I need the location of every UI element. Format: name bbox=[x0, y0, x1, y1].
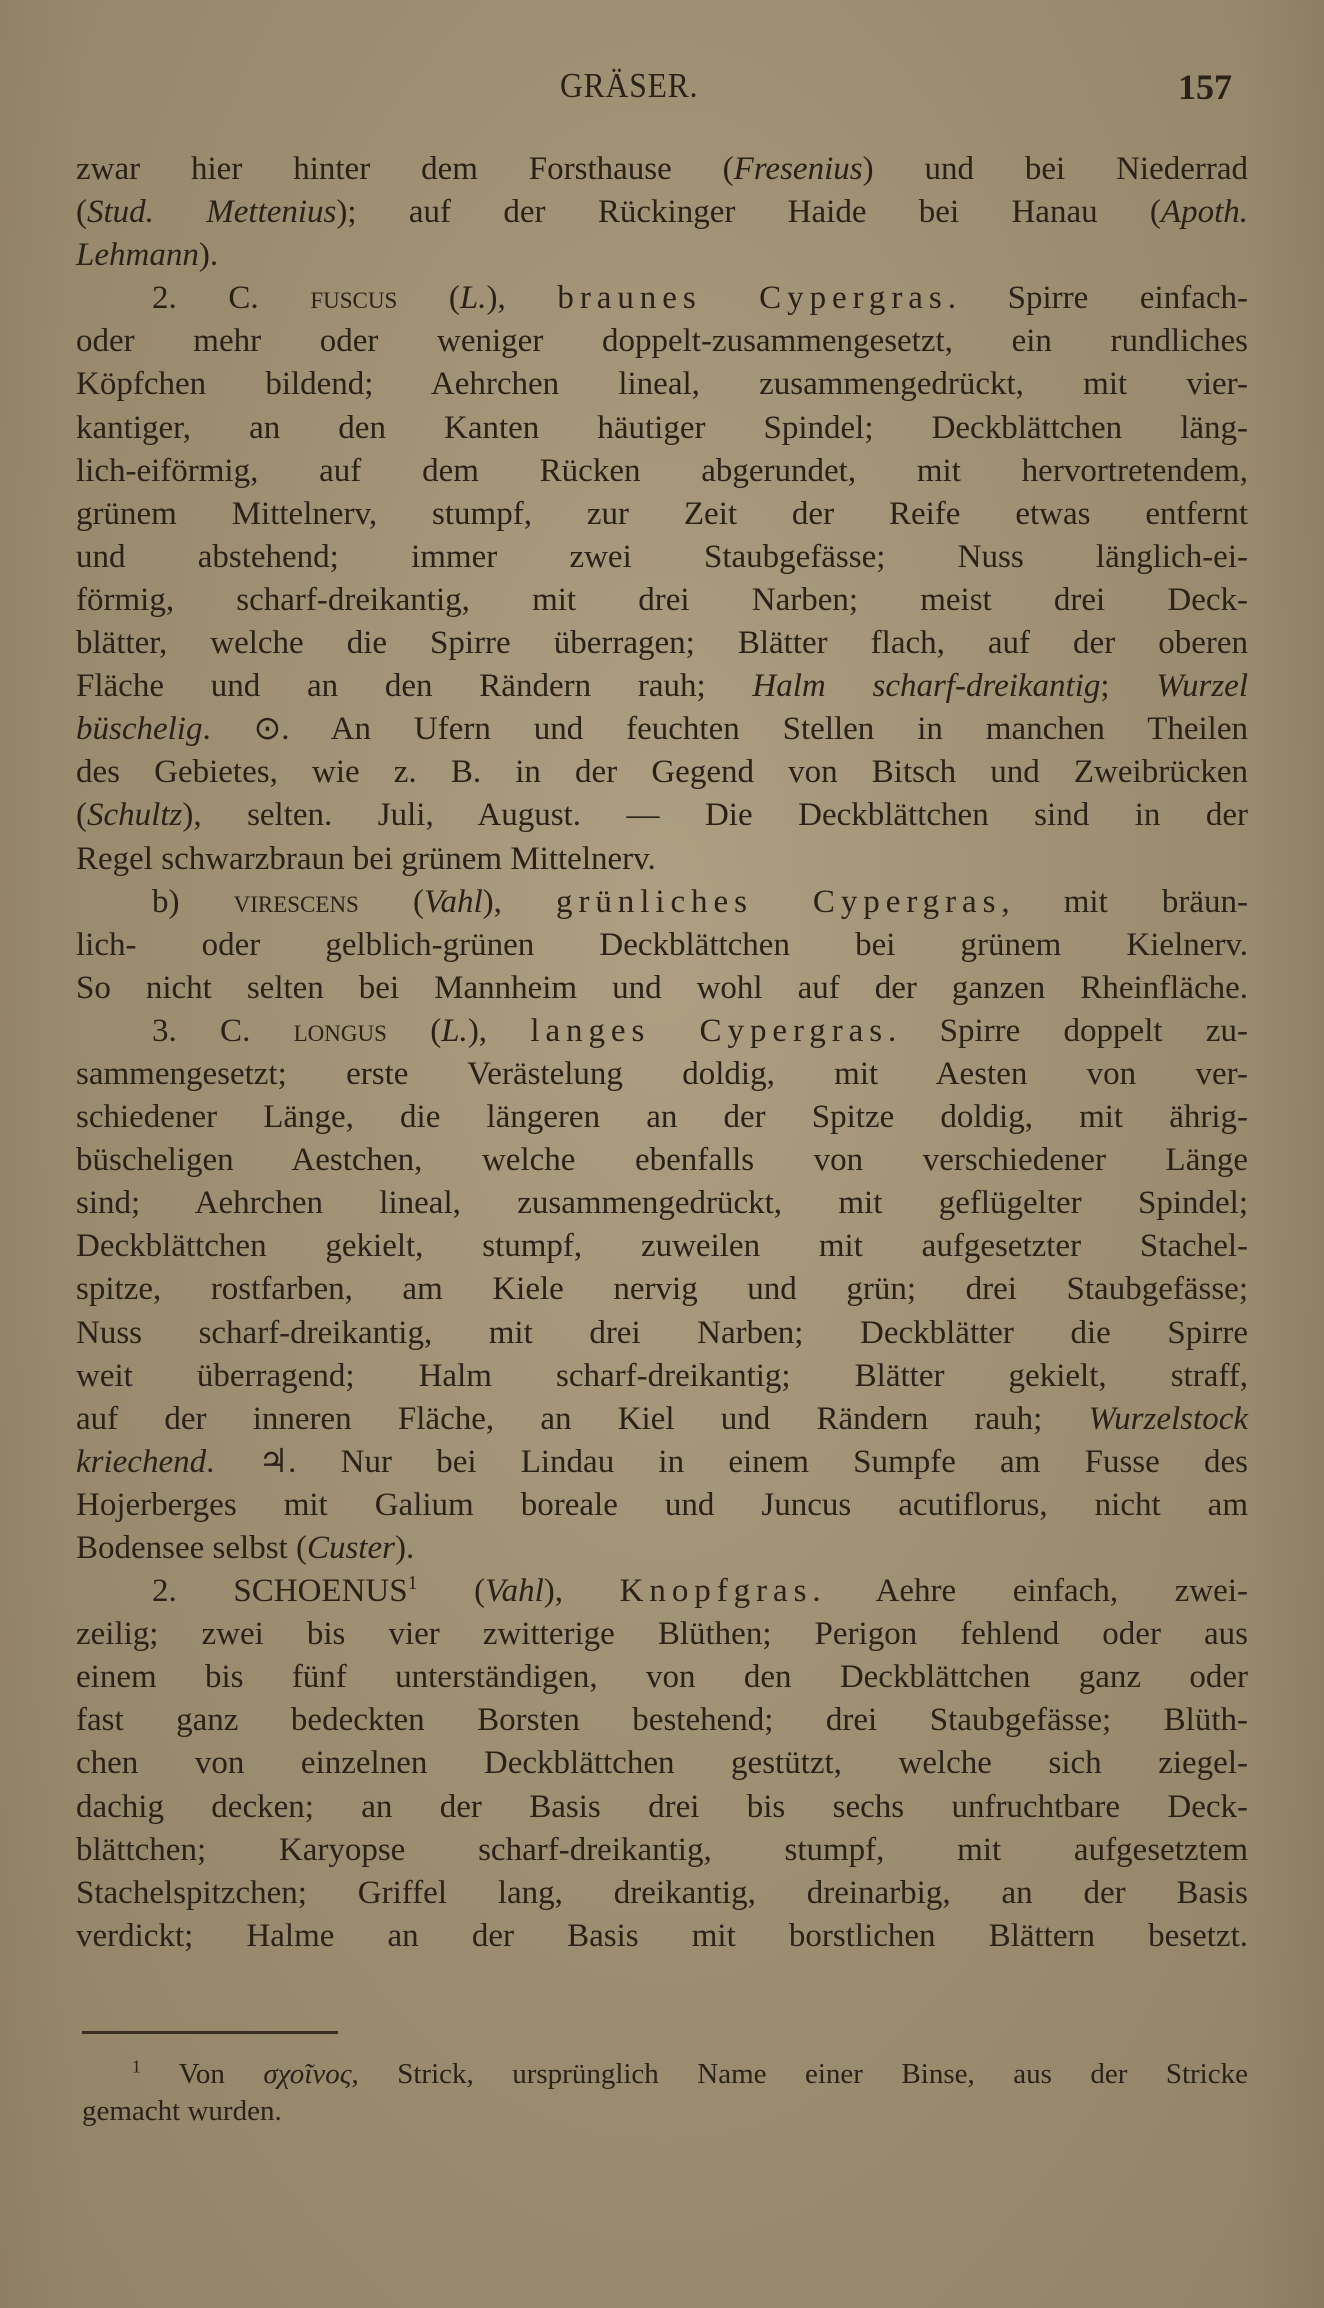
text-line: lich- oder gelblich-grünen Deckblättchen… bbox=[76, 924, 1248, 967]
greek-word: σχοῖνος bbox=[263, 2058, 351, 2090]
footnote-marker: 1 bbox=[132, 2057, 141, 2077]
common-name: langes Cypergras bbox=[530, 1013, 888, 1049]
text-line: Nuss scharf-dreikantig, mit drei Narben;… bbox=[76, 1312, 1248, 1355]
text-line: grünem Mittelnerv, stumpf, zur Zeit der … bbox=[76, 493, 1248, 536]
footnote-divider bbox=[82, 2031, 338, 2034]
variety-name: virescens bbox=[234, 884, 359, 920]
text-line: Deckblättchen gekielt, stumpf, zuweilen … bbox=[76, 1225, 1248, 1268]
author-citation: Stud. Mettenius bbox=[87, 194, 336, 230]
text-line: oder mehr oder weniger doppelt-zusammeng… bbox=[76, 320, 1248, 363]
text-line: chen von einzelnen Deckblättchen gestütz… bbox=[76, 1742, 1248, 1785]
text-line: kriechend. ♃. Nur bei Lindau in einem Su… bbox=[76, 1441, 1248, 1484]
genus-name: 2. SCHOENUS bbox=[152, 1573, 408, 1609]
author-citation: Fresenius bbox=[734, 151, 863, 187]
text-line: Stachelspitzchen; Griffel lang, dreikant… bbox=[76, 1872, 1248, 1915]
page-number: 157 bbox=[1178, 66, 1232, 108]
text-line: einem bis fünf unterständigen, von den D… bbox=[76, 1656, 1248, 1699]
text-line: zwar hier hinter dem Forsthause (Freseni… bbox=[76, 148, 1248, 191]
author-citation: Custer bbox=[307, 1530, 395, 1566]
genus-entry-heading: 2. SCHOENUS1 (Vahl), Knopfgras. Aehre ei… bbox=[76, 1570, 1248, 1613]
text-line: dachig decken; an der Basis drei bis sec… bbox=[76, 1786, 1248, 1829]
footnote: 1 Von σχοῖνος, Strick, ursprünglich Name… bbox=[82, 2056, 1248, 2130]
text-line: spitze, rostfarben, am Kiele nervig und … bbox=[76, 1268, 1248, 1311]
text-line: und abstehend; immer zwei Staubgefässe; … bbox=[76, 536, 1248, 579]
common-name: braunes Cypergras bbox=[557, 280, 947, 316]
perennial-symbol: . ♃. Nur bei Lindau in einem Sumpfe am F… bbox=[206, 1444, 1248, 1480]
book-page: GRÄSER. 157 zwar hier hinter dem Forstha… bbox=[0, 0, 1324, 2308]
text-line: kantiger, an den Kanten häutiger Spindel… bbox=[76, 407, 1248, 450]
author-citation: Apoth. bbox=[1161, 194, 1248, 230]
text-line: weit überragend; Halm scharf-dreikantig;… bbox=[76, 1355, 1248, 1398]
text-line: (Stud. Mettenius); auf der Rückinger Hai… bbox=[76, 191, 1248, 234]
text-line: fast ganz bedeckten Borsten bestehend; d… bbox=[76, 1699, 1248, 1742]
text-line: Lehmann). bbox=[76, 234, 1248, 277]
text-line: Köpfchen bildend; Aehrchen lineal, zusam… bbox=[76, 363, 1248, 406]
footnote-line: 1 Von σχοῖνος, Strick, ursprünglich Name… bbox=[82, 2056, 1248, 2093]
text-line: sammengesetzt; erste Verästelung doldig,… bbox=[76, 1053, 1248, 1096]
species-entry-heading: 2. C. fuscus (L.), braunes Cypergras. Sp… bbox=[76, 277, 1248, 320]
text-line: (Schultz), selten. Juli, August. — Die D… bbox=[76, 794, 1248, 837]
body-text: zwar hier hinter dem Forsthause (Freseni… bbox=[76, 148, 1248, 1958]
annual-symbol: . ⊙. An Ufern und feuchten Stellen in ma… bbox=[202, 711, 1248, 747]
text-line: lich-eiförmig, auf dem Rücken abgerundet… bbox=[76, 450, 1248, 493]
text-line: förmig, scharf-dreikantig, mit drei Narb… bbox=[76, 579, 1248, 622]
common-name: grünliches Cypergras bbox=[556, 884, 1001, 920]
text-line: blättchen; Karyopse scharf-dreikantig, s… bbox=[76, 1829, 1248, 1872]
species-entry-heading: 3. C. longus (L.), langes Cypergras. Spi… bbox=[76, 1010, 1248, 1053]
text-line: verdickt; Halme an der Basis mit borstli… bbox=[76, 1915, 1248, 1958]
species-name: longus bbox=[294, 1013, 387, 1049]
common-name: Knopfgras bbox=[620, 1573, 813, 1609]
text-line: So nicht selten bei Mannheim und wohl au… bbox=[76, 967, 1248, 1010]
text-line: Fläche und an den Rändern rauh; Halm sch… bbox=[76, 665, 1248, 708]
text-line: auf der inneren Fläche, an Kiel und Ränd… bbox=[76, 1398, 1248, 1441]
page-header: GRÄSER. 157 bbox=[0, 66, 1324, 116]
footnote-line: gemacht wurden. bbox=[82, 2093, 1248, 2130]
text-line: Regel schwarzbraun bei grünem Mittelnerv… bbox=[76, 838, 1248, 881]
author-citation: Lehmann bbox=[76, 237, 199, 273]
text-line: büschelig. ⊙. An Ufern und feuchten Stel… bbox=[76, 708, 1248, 751]
text-line: schiedener Länge, die längeren an der Sp… bbox=[76, 1096, 1248, 1139]
text-line: des Gebietes, wie z. B. in der Gegend vo… bbox=[76, 751, 1248, 794]
text-line: Bodensee selbst (Custer). bbox=[76, 1527, 1248, 1570]
footnote-ref: 1 bbox=[408, 1572, 418, 1594]
text-line: Hojerberges mit Galium boreale und Juncu… bbox=[76, 1484, 1248, 1527]
species-name: fuscus bbox=[310, 280, 397, 316]
text-line: büscheligen Aestchen, welche ebenfalls v… bbox=[76, 1139, 1248, 1182]
text-line: blätter, welche die Spirre überragen; Bl… bbox=[76, 622, 1248, 665]
text-line: zeilig; zwei bis vier zwitterige Blüthen… bbox=[76, 1613, 1248, 1656]
variety-entry-heading: b) virescens (Vahl), grünliches Cypergra… bbox=[76, 881, 1248, 924]
text-line: sind; Aehrchen lineal, zusammengedrückt,… bbox=[76, 1182, 1248, 1225]
running-head: GRÄSER. bbox=[560, 66, 698, 106]
